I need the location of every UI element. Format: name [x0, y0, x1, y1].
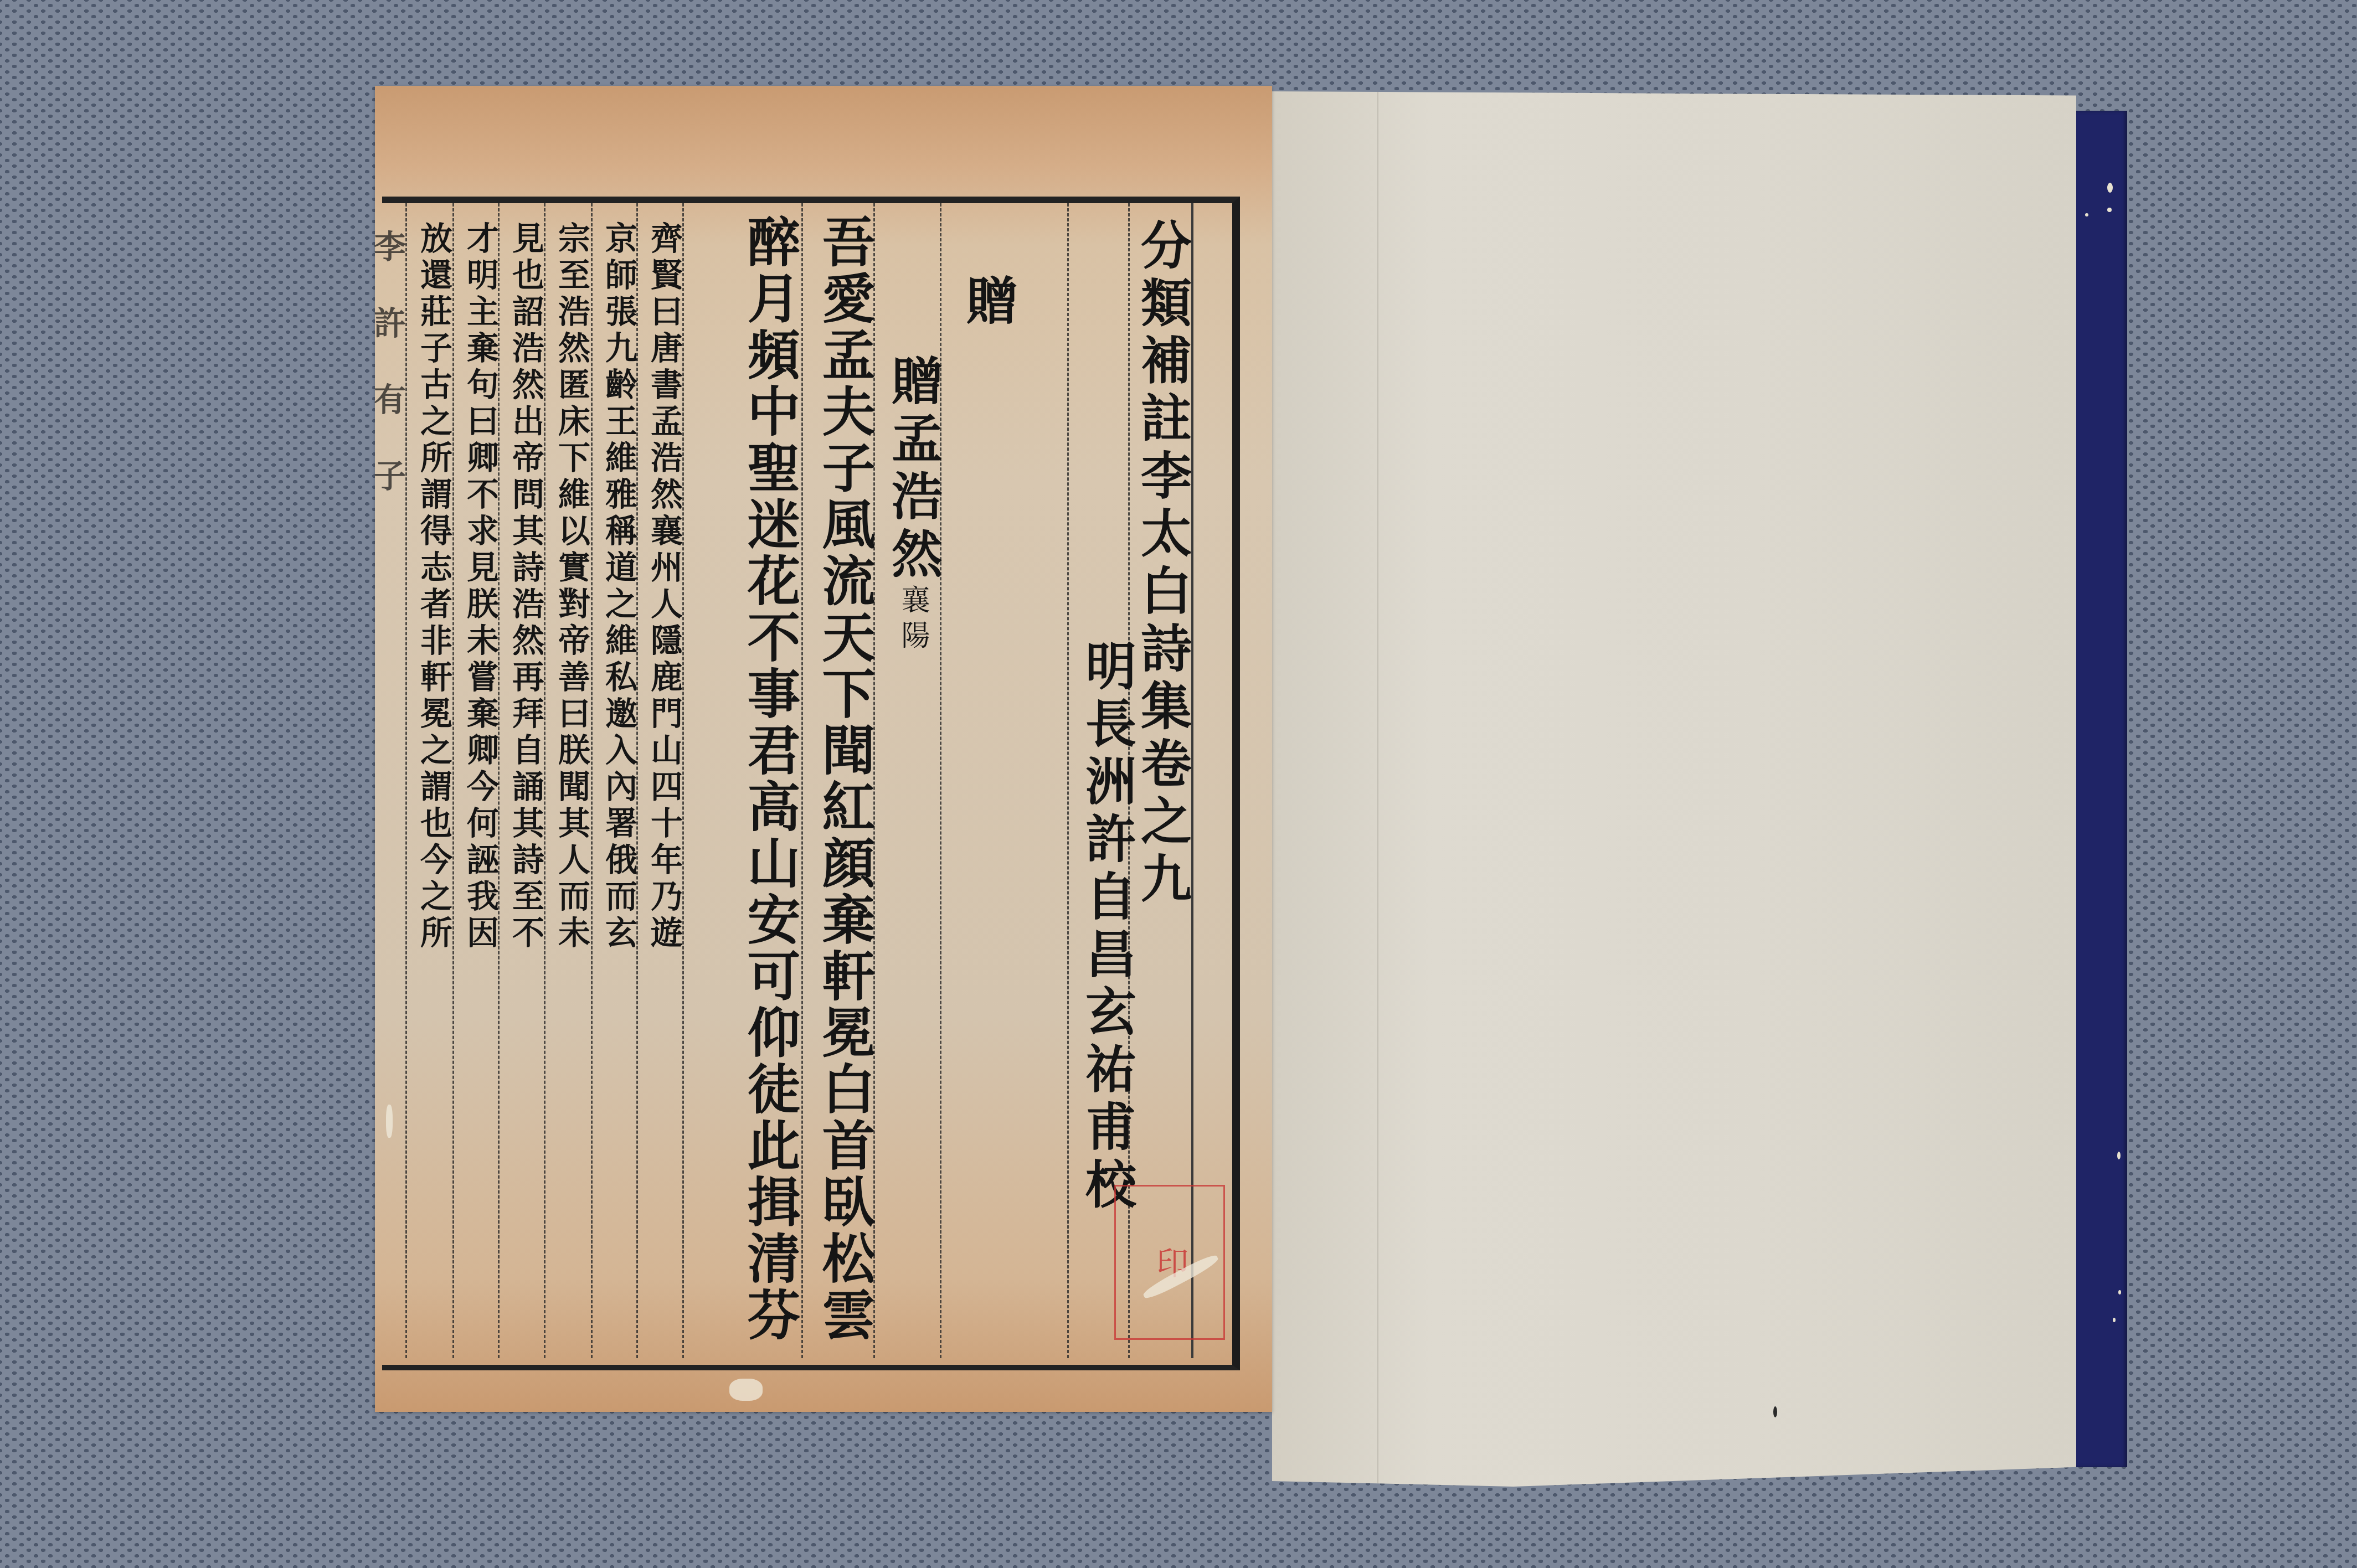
commentary-column-5: 才明主棄句曰卿不求見朕未嘗棄卿今何誣我因	[457, 221, 503, 952]
column-ruling	[1067, 203, 1069, 1358]
commentary-column-1: 齊賢曰唐書孟浩然襄州人隱鹿門山四十年乃遊	[641, 221, 687, 952]
editor-credit: 明長洲許自昌玄祐甫校	[1070, 639, 1143, 1215]
partial-edge-column: 李許有子	[364, 230, 410, 535]
commentary-column-3: 宗至浩然匿床下維以實對帝善曰朕聞其人而未	[548, 221, 595, 952]
cover-wear-spot	[2118, 1290, 2121, 1294]
paper-wear-mark	[386, 1105, 393, 1138]
blank-right-page	[1272, 91, 2076, 1487]
commentary-column-4: 見也詔浩然出帝問其詩浩然再拜自誦其詩至不	[502, 221, 549, 952]
poem-title: 贈孟浩然襄陽	[876, 354, 949, 656]
cover-wear-spot	[2107, 183, 2113, 193]
ink-speck	[1773, 1406, 1777, 1417]
cover-wear-spot	[2113, 1318, 2116, 1322]
cover-wear-spot	[2107, 208, 2112, 212]
book-cover-blue-strip	[2074, 111, 2127, 1467]
cover-wear-spot	[2085, 213, 2088, 216]
poem-line-2: 醉月頻中聖迷花不事君高山安可仰徒此揖清芬	[732, 214, 808, 1344]
page-fold-line	[1377, 91, 1378, 1487]
poem-title-note: 襄陽	[896, 585, 929, 656]
paper-wear-mark	[729, 1379, 763, 1401]
printed-left-page: 分類補註李太白詩集卷之九 明長洲許自昌玄祐甫校 贈 贈孟浩然襄陽 吾愛孟夫子風流…	[375, 86, 1272, 1412]
cover-wear-spot	[2117, 1152, 2121, 1159]
commentary-column-2: 京師張九齡王維雅稱道之維私邀入內署俄而玄	[595, 221, 642, 952]
poem-line-1: 吾愛孟夫子風流天下聞紅顔棄軒冕白首臥松雲	[807, 214, 883, 1344]
poem-title-text: 贈孟浩然	[883, 354, 943, 585]
commentary-column-6: 放還莊子古之所謂得志者非軒冕之謂也今之所	[410, 221, 457, 952]
ink-speck	[1879, 1476, 1881, 1484]
section-heading: 贈	[951, 274, 1024, 332]
